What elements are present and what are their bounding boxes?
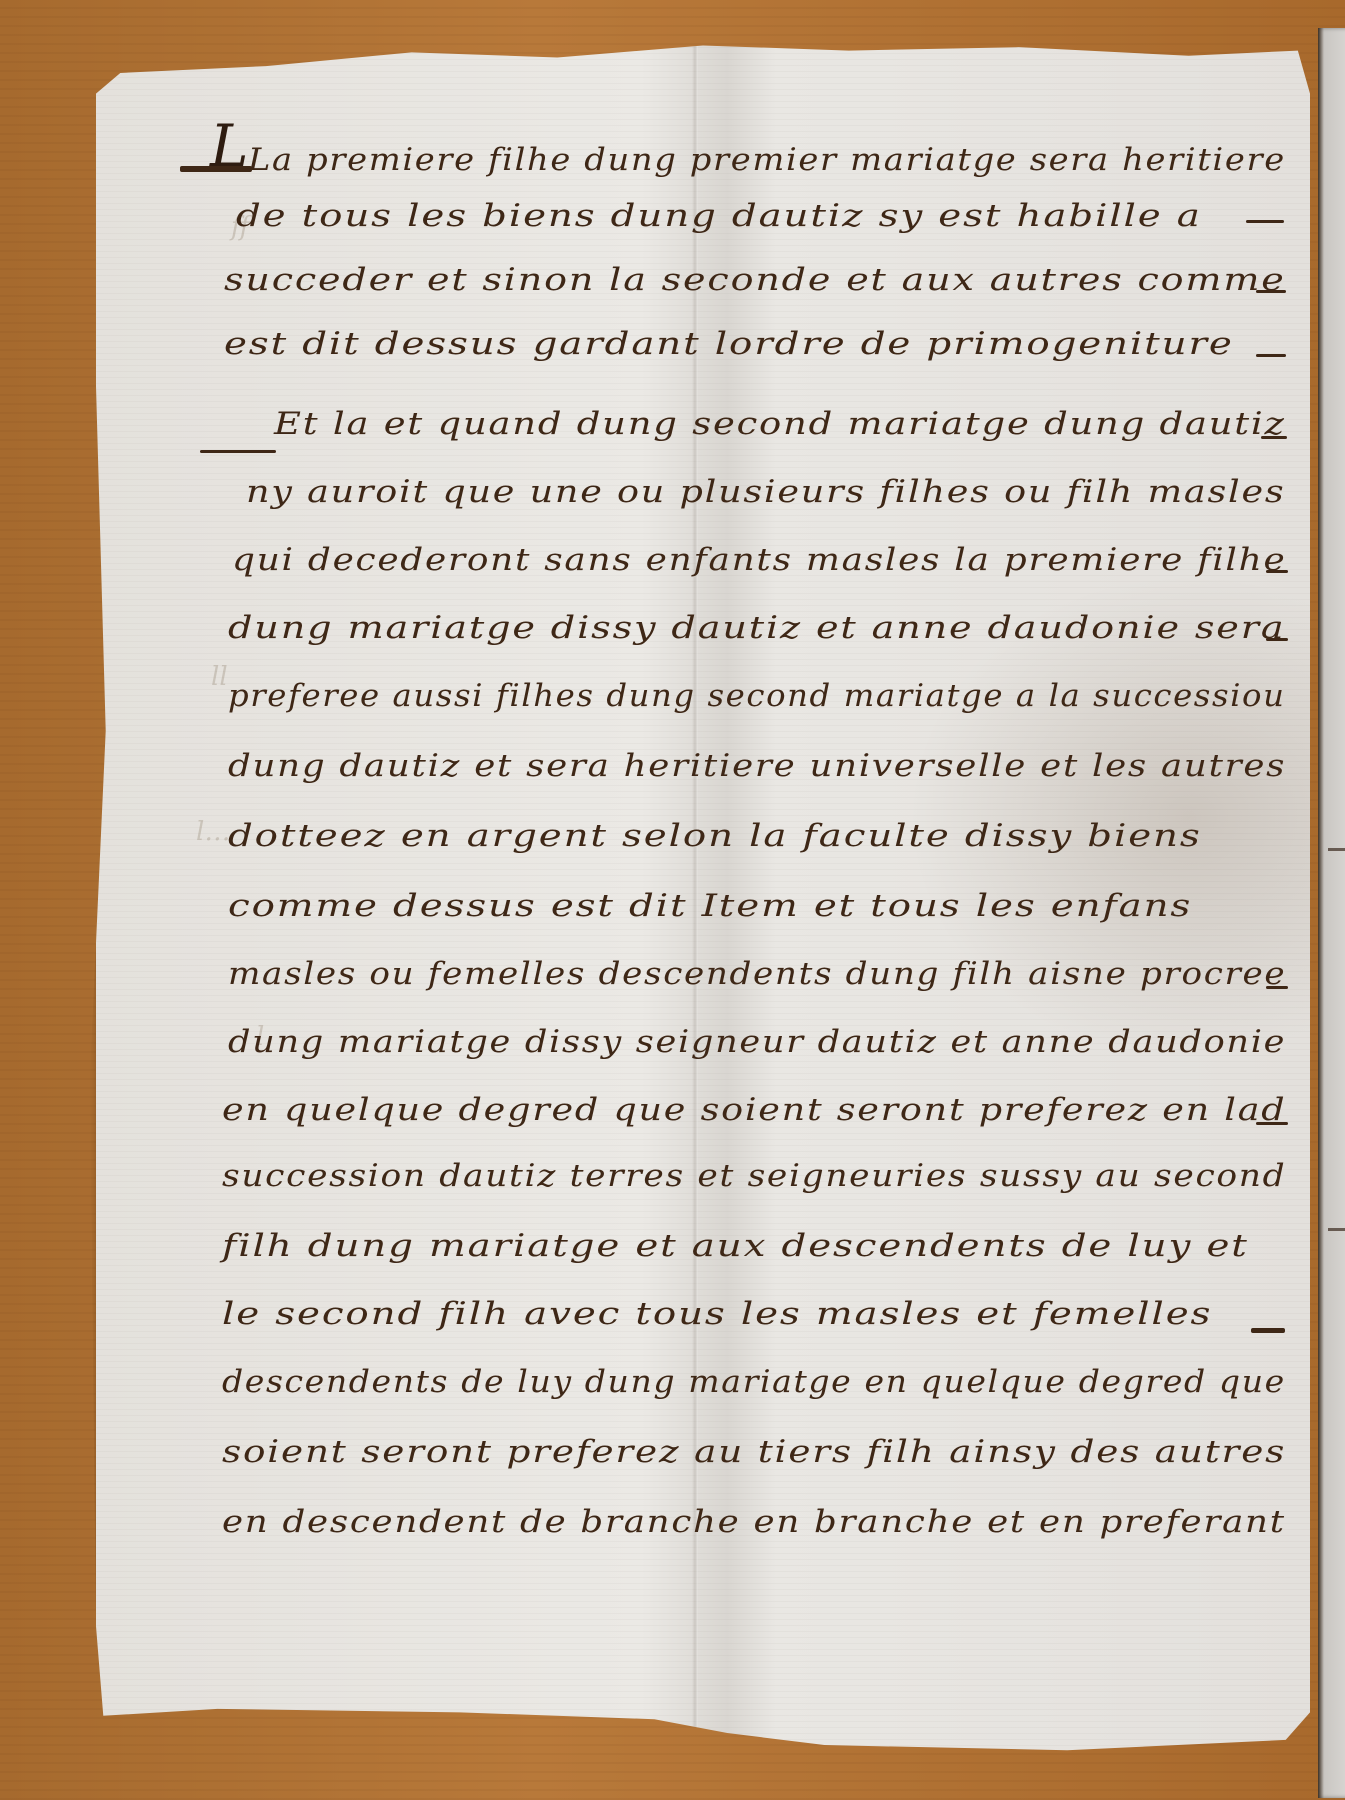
- text-line-3: succeder et sinon la seconde et aux autr…: [224, 262, 1286, 298]
- line-fill-dash: [1266, 986, 1288, 989]
- text-line-5: Et la et quand dung second mariatge dung…: [274, 406, 1286, 442]
- text-line-17: filh dung mariatge et aux descendents de…: [222, 1228, 1249, 1264]
- line-fill-dash: [1256, 354, 1286, 357]
- line-fill-dash: [1266, 570, 1288, 573]
- ink-mark: [1328, 848, 1345, 851]
- ink-mark: [1328, 1228, 1345, 1231]
- text-line-10: dung dautiz et sera heritiere universell…: [228, 748, 1286, 784]
- initial-letter: L: [210, 112, 249, 180]
- manuscript-page: ll l… ff l L La premiere filhe dung prem…: [96, 42, 1310, 1764]
- paragraph-dash: [200, 450, 276, 453]
- text-line-21: en descendent de branche en branche et e…: [222, 1504, 1286, 1540]
- text-line-15: en quelque degred que soient seront pref…: [222, 1092, 1286, 1128]
- text-line-16: succession dautiz terres et seigneuries …: [222, 1158, 1286, 1194]
- text-line-18: le second filh avec tous les masles et f…: [222, 1296, 1212, 1332]
- line-fill-dash: [1256, 1122, 1288, 1125]
- text-line-6: ny auroit que une ou plusieurs filhes ou…: [246, 474, 1285, 510]
- text-line-20: soient seront preferez au tiers filh ain…: [222, 1434, 1286, 1470]
- text-line-2: de tous les biens dung dautiz sy est hab…: [236, 198, 1202, 234]
- line-fill-dash: [1266, 638, 1288, 641]
- bleed-through-mark: l…: [196, 817, 230, 847]
- text-line-8: dung mariatge dissy dautiz et anne daudo…: [228, 610, 1285, 646]
- line-fill-dash: [1246, 220, 1284, 223]
- bleed-through-mark: ll: [211, 662, 228, 692]
- text-line-4: est dit dessus gardant lordre de primoge…: [224, 326, 1234, 362]
- line-fill-dash: [1261, 436, 1287, 439]
- line-fill-dash: [1256, 290, 1286, 293]
- text-line-19: descendents de luy dung mariatge en quel…: [222, 1364, 1286, 1400]
- text-line-7: qui decederont sans enfants masles la pr…: [232, 542, 1286, 578]
- text-line-11: dotteez en argent selon la faculte dissy…: [228, 818, 1202, 854]
- adjacent-page-edge: [1318, 28, 1345, 1798]
- line-fill-dash: [1251, 1328, 1285, 1333]
- text-line-12: comme dessus est dit Item et tous les en…: [228, 888, 1192, 924]
- text-line-9: preferee aussi filhes dung second mariat…: [228, 678, 1285, 714]
- text-line-14: dung mariatge dissy seigneur dautiz et a…: [228, 1024, 1286, 1060]
- text-line-13: masles ou femelles descendents dung filh…: [228, 956, 1286, 992]
- text-line-1: La premiere filhe dung premier mariatge …: [248, 142, 1286, 178]
